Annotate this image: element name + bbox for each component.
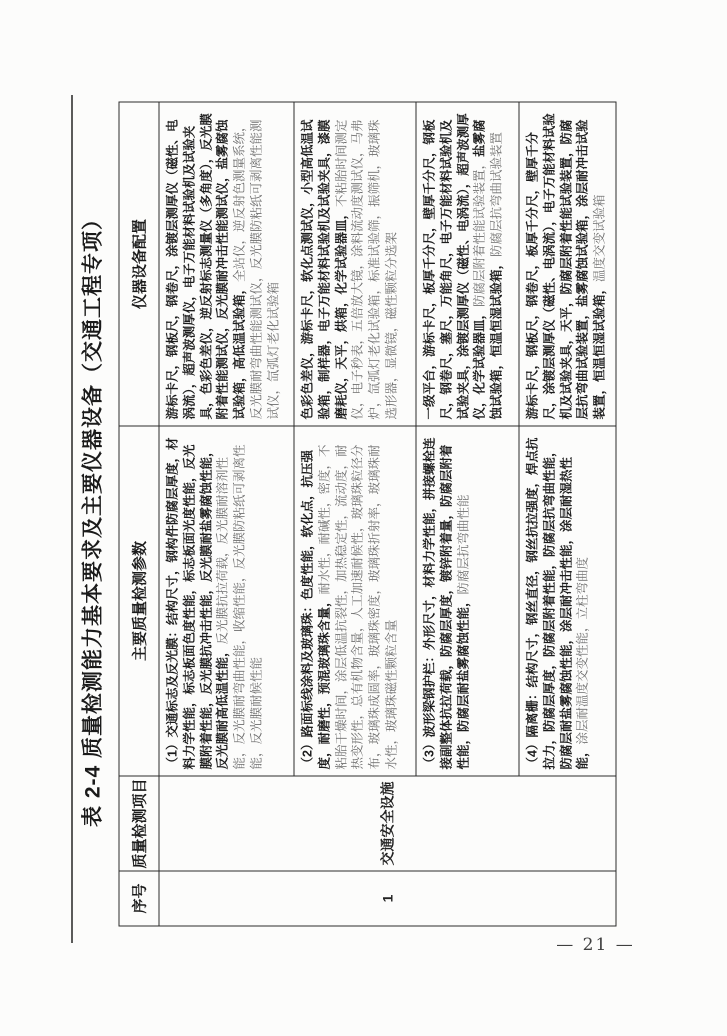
rotated-sheet: 表 2-4 质量检测能力基本要求及主要仪器设备（交通工程专项） 序号 质量检测项…	[1, 0, 727, 1036]
equipment-cell-2: 色彩色差仪，游标卡尺，软化点测试仪，小型高低温试验箱，制样器，电子万能材料试验机…	[294, 102, 416, 426]
text-run: （3）波形梁钢护栏：外形尺寸，材料力学性能，拼接螺栓连接副整体抗拉荷载，防腐层厚…	[423, 438, 471, 770]
text-run: 防腐层抗弯曲试验装置	[490, 132, 504, 257]
text-run: 涂层耐温度交变性能，立柱弯曲度	[576, 557, 590, 745]
header-equipment: 仪器设备配置	[119, 102, 159, 426]
params-cell-4: （4）隔离栅：结构尺寸，钢丝直径，钢丝抗拉强度，焊点抗拉力，防腐层厚度，防腐层附…	[519, 426, 616, 776]
text-run: 防腐层附着性能试验装置，	[473, 157, 487, 307]
seq-cell: 1	[159, 871, 616, 926]
scanned-page: 表 2-4 质量检测能力基本要求及主要仪器设备（交通工程专项） 序号 质量检测项…	[0, 0, 727, 1036]
category-cell: 交通安全设施	[159, 776, 616, 871]
params-cell-1: （1）交通标志及反光膜：结构尺寸，钢构件防腐层厚度，材料力学性能，标志板面色度性…	[159, 426, 294, 776]
header-params: 主要质量检测参数	[119, 426, 159, 776]
equipment-cell-1: 游标卡尺，钢板尺，钢卷尺，涂镀层测厚仪（磁性、电涡流），超声波测厚仪，电子万能材…	[159, 102, 294, 426]
equipment-cell-4: 游标卡尺，钢板尺，钢卷尺，板厚千分尺，壁厚千分尺，涂镀层测厚仪（磁性、电涡流），…	[519, 102, 616, 426]
params-cell-3: （3）波形梁钢护栏：外形尺寸，材料力学性能，拼接螺栓连接副整体抗拉荷载，防腐层厚…	[416, 426, 519, 776]
params-cell-2: （2）路面标线涂料及玻璃珠：色度性能，软化点，抗压强度，耐磨性，预混玻璃珠含量，…	[294, 426, 416, 776]
table-title: 表 2-4 质量检测能力基本要求及主要仪器设备（交通工程专项）	[77, 0, 107, 1036]
table-row: 1 交通安全设施 （1）交通标志及反光膜：结构尺寸，钢构件防腐层厚度，材料力学性…	[159, 102, 294, 926]
text-run: 温度交变试验箱	[593, 194, 607, 282]
text-run: 防腐层抗弯曲性能	[456, 494, 470, 594]
equipment-cell-3: 一级平台，游标卡尺，板厚千分尺，壁厚千分尺，钢板尺，钢卷尺，塞尺，万能角尺，电子…	[416, 102, 519, 426]
page-number: — 21 —	[538, 935, 653, 955]
header-row: 序号 质量检测项目 主要质量检测参数 仪器设备配置	[119, 102, 159, 926]
quality-inspection-table: 序号 质量检测项目 主要质量检测参数 仪器设备配置 1 交通安全设施 （1）交通…	[119, 102, 617, 927]
header-seq: 序号	[119, 871, 159, 926]
header-item: 质量检测项目	[119, 776, 159, 871]
